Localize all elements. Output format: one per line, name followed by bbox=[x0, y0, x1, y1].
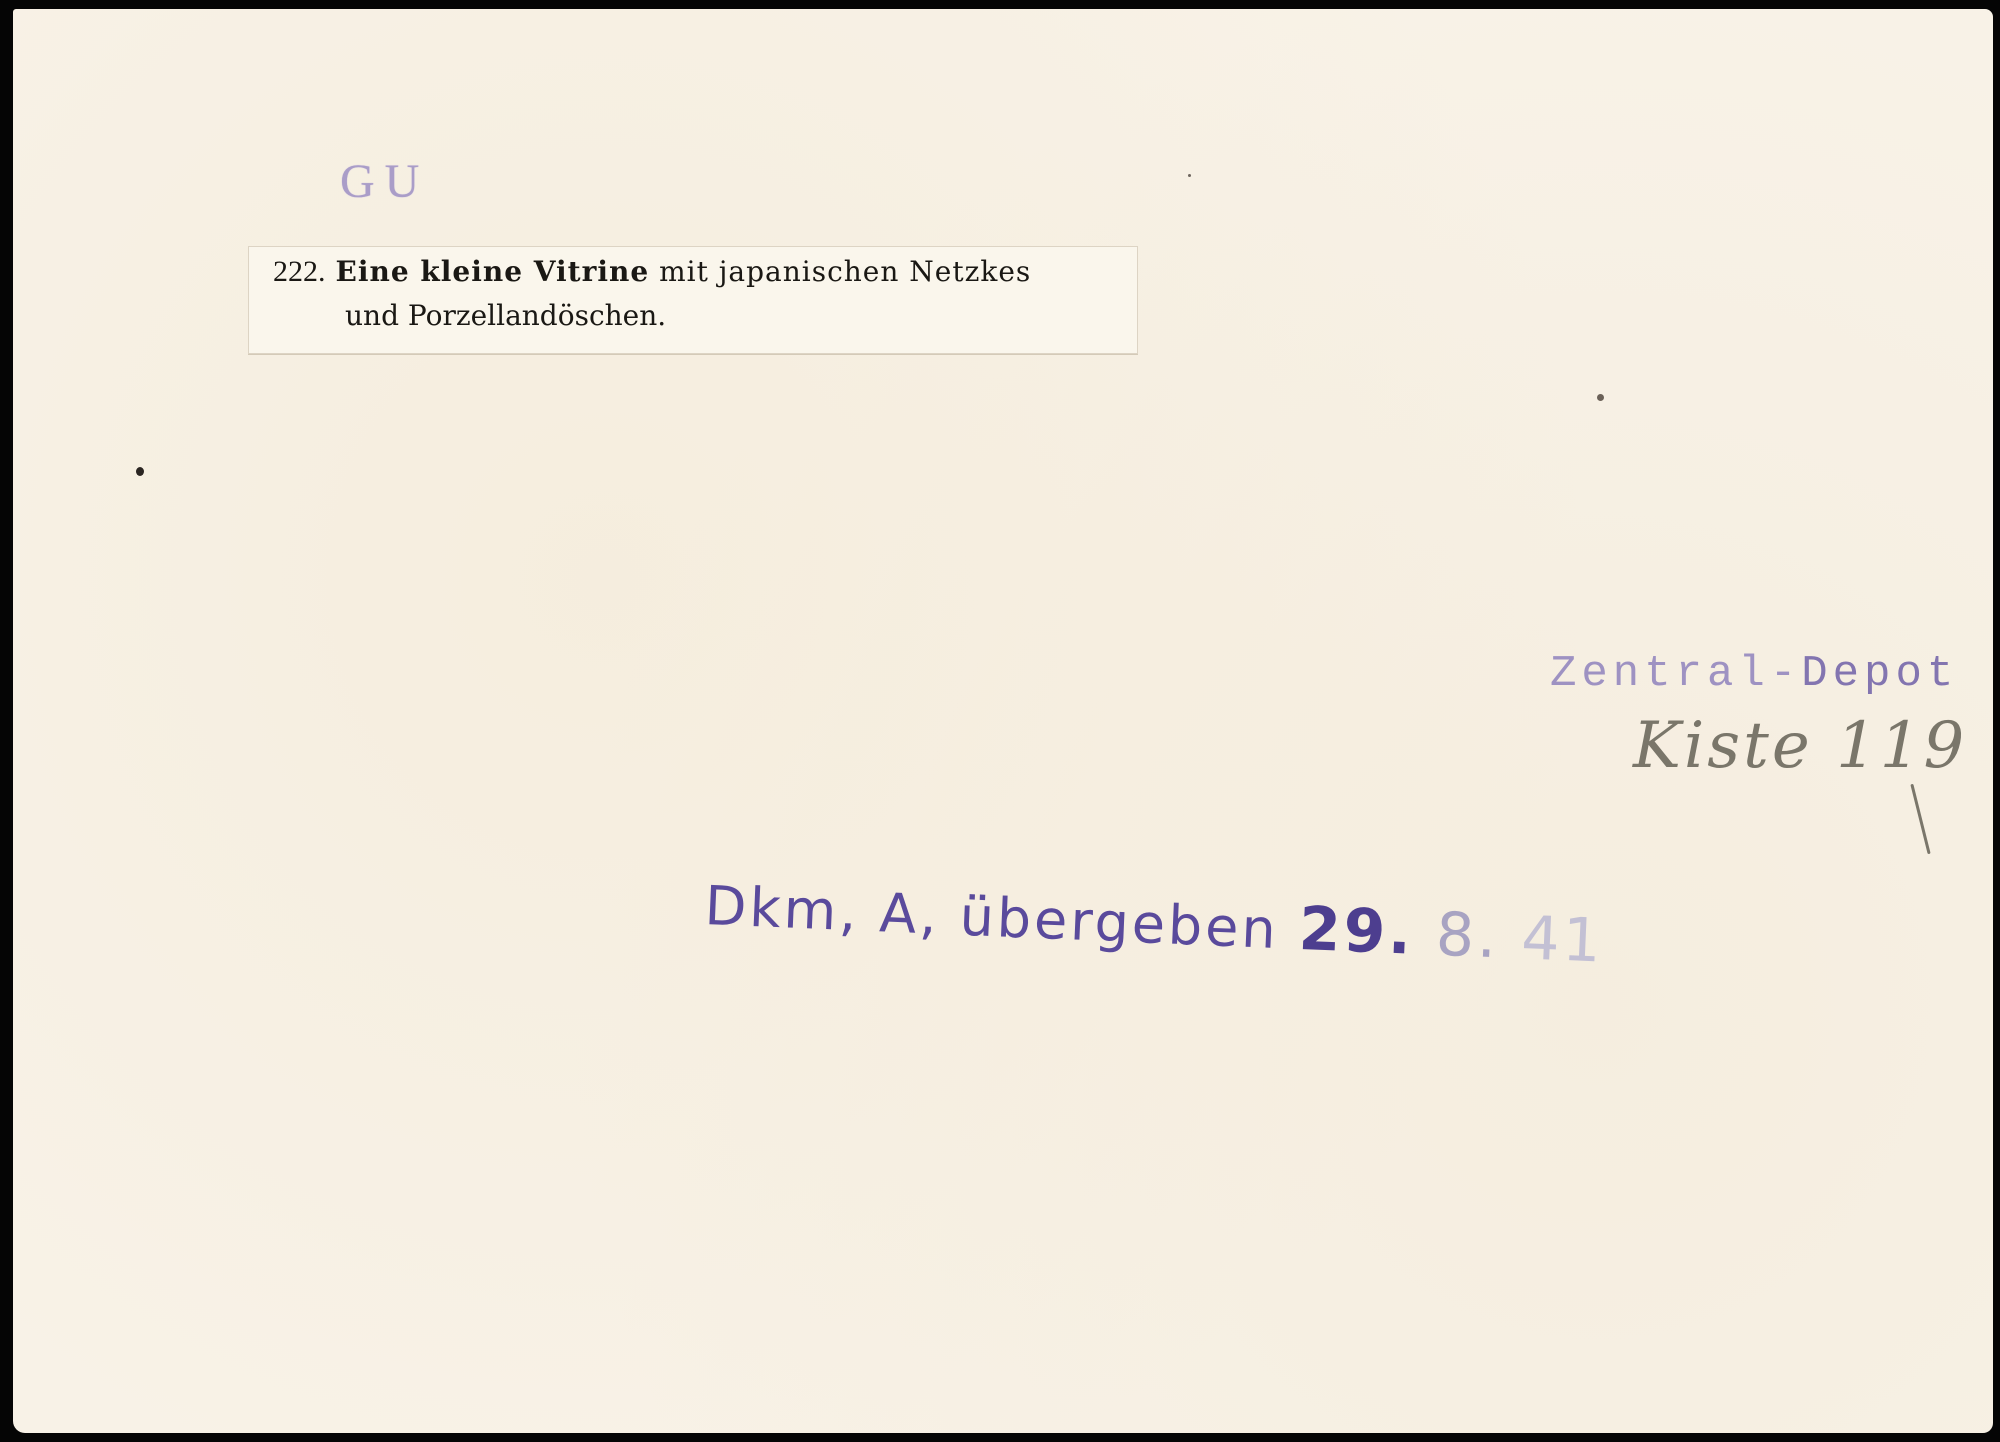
handwriting-stroke bbox=[1910, 784, 1930, 855]
date-stamp-day: 29. bbox=[1297, 894, 1415, 969]
date-stamp-month: 8. bbox=[1413, 899, 1501, 973]
zentral-depot-stamp: Zentral-Depot bbox=[1550, 649, 1958, 699]
punch-dot-right bbox=[1597, 394, 1604, 401]
archive-card: GU 222.Eine kleine Vitrine mit japanisch… bbox=[13, 9, 1993, 1433]
handwriting-text: Kiste 119 bbox=[1633, 709, 1967, 783]
depot-stamp-dark: Depot bbox=[1801, 649, 1958, 699]
label-title-bold: Eine kleine Vitrine bbox=[336, 255, 650, 288]
punch-dot-left bbox=[136, 467, 144, 476]
label-text: 222.Eine kleine Vitrine mit japanischen … bbox=[273, 247, 1031, 338]
handwritten-crate-number: Kiste 119 bbox=[1633, 709, 1967, 783]
date-stamp-prefix: Dkm, A, übergeben bbox=[704, 874, 1301, 962]
label-line-2: und Porzellandöschen. bbox=[273, 294, 1031, 338]
transfer-date-stamp: Dkm, A, übergeben 29. 8. 41 bbox=[704, 869, 1606, 977]
gu-stamp: GU bbox=[340, 154, 429, 209]
speck-top bbox=[1188, 174, 1191, 177]
label-line-1: 222.Eine kleine Vitrine mit japanischen … bbox=[273, 250, 1031, 294]
catalog-number: 222. bbox=[273, 255, 326, 288]
depot-stamp-light: Zentral- bbox=[1550, 649, 1801, 699]
pasted-catalog-label: 222.Eine kleine Vitrine mit japanischen … bbox=[248, 246, 1138, 354]
date-stamp-year: 41 bbox=[1498, 902, 1605, 976]
label-title-regular: mit japanischen Netzkes bbox=[649, 255, 1031, 288]
